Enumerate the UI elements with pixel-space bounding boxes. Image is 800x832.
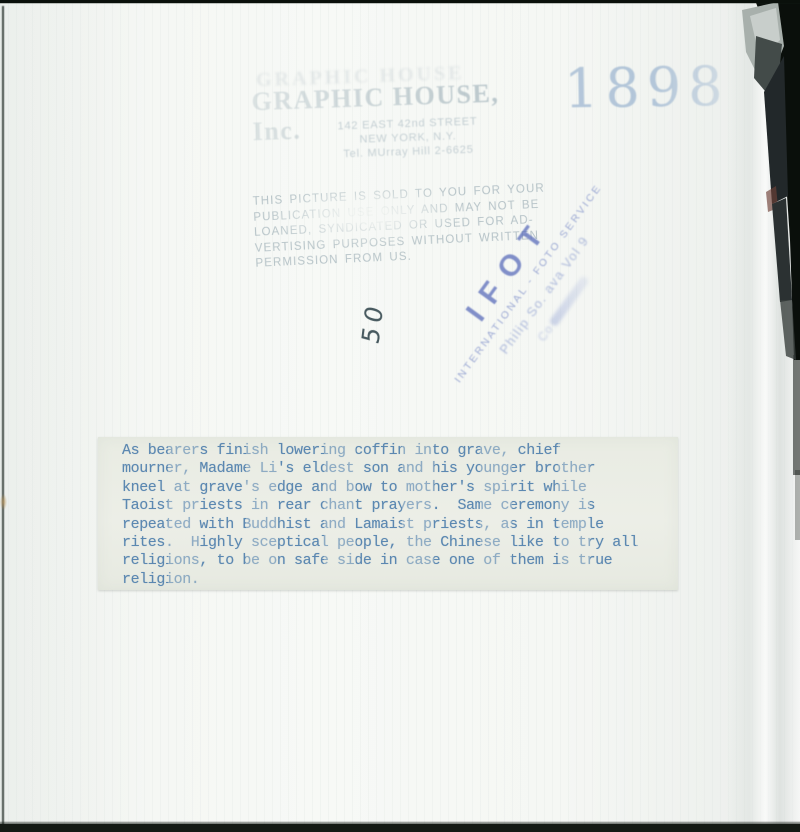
agency-diagonal-stamp: IFOT INTERNATIONAL - FOTO SERVICE Philip…	[392, 166, 672, 406]
scan-backdrop-bottom-edge	[0, 821, 800, 832]
caption-slip: As bearers finish lowering coffin into g…	[98, 437, 678, 590]
caption-line: religions, to be on safe side in case on…	[122, 552, 678, 570]
archive-number-stamp: 1898	[563, 55, 730, 121]
scan-backdrop-top-edge	[0, 0, 800, 4]
scan-backdrop-left-edge	[2, 6, 4, 832]
caption-line: repeated with Buddhist and Lamaist pries…	[122, 516, 678, 534]
publisher-stamp-address: 142 EAST 42nd STREET NEW YORK, N.Y. Tel.…	[317, 114, 498, 162]
caption-line: rites. Highly sceptical people, the Chin…	[122, 534, 678, 552]
paper-smudge	[0, 494, 7, 510]
torn-corner-graphic	[720, 0, 800, 560]
handwritten-number: 50	[352, 308, 392, 368]
caption-line: religion.	[122, 571, 678, 589]
caption-line: mourner, Madame Li's eldest son and his …	[122, 460, 678, 478]
caption-line: Taoist priests in rear chant prayers. Sa…	[122, 497, 678, 515]
agency-stamp-rotated-block: IFOT INTERNATIONAL - FOTO SERVICE Philip…	[424, 161, 640, 411]
photo-back-scan: GRAPHIC HOUSE GRAPHIC HOUSE, Inc. 142 EA…	[0, 0, 800, 832]
caption-line: As bearers finish lowering coffin into g…	[122, 442, 678, 460]
caption-line: kneel at grave's edge and bow to mother'…	[122, 479, 678, 497]
